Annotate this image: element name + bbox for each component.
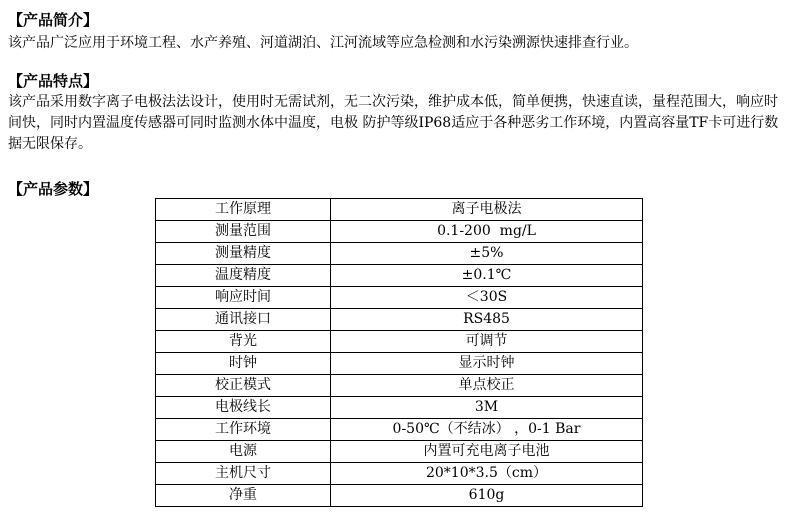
param-value: 内置可充电离子电池: [331, 441, 643, 463]
table-row: 主机尺寸 20*10*3.5（cm）: [156, 463, 643, 485]
param-label: 通讯接口: [156, 309, 331, 331]
param-label: 背光: [156, 331, 331, 353]
table-row: 工作原理 离子电极法: [156, 199, 643, 221]
param-value: ±5%: [331, 243, 643, 265]
table-row: 电极线长 3M: [156, 397, 643, 419]
param-label: 校正模式: [156, 375, 331, 397]
table-row: 测量精度 ±5%: [156, 243, 643, 265]
param-label: 净重: [156, 485, 331, 507]
param-value: 0.1-200 mg/L: [331, 221, 643, 243]
product-document: 【产品简介】 该产品广泛应用于环境工程、水产养殖、河道湖泊、江河流域等应急检测和…: [0, 0, 800, 523]
param-label: 主机尺寸: [156, 463, 331, 485]
table-row: 温度精度 ±0.1℃: [156, 265, 643, 287]
features-paragraph: 该产品采用数字离子电极法法设计，使用时无需试剂，无二次污染，维护成本低，简单便携…: [8, 92, 790, 155]
table-row: 通讯接口 RS485: [156, 309, 643, 331]
section-heading-params: 【产品参数】: [8, 181, 792, 197]
param-value: 离子电极法: [331, 199, 643, 221]
table-row: 电源 内置可充电离子电池: [156, 441, 643, 463]
param-label: 时钟: [156, 353, 331, 375]
param-label: 温度精度: [156, 265, 331, 287]
param-label: 测量范围: [156, 221, 331, 243]
param-value: 显示时钟: [331, 353, 643, 375]
section-heading-intro: 【产品简介】: [8, 12, 792, 28]
param-value: 3M: [331, 397, 643, 419]
table-row: 时钟 显示时钟: [156, 353, 643, 375]
param-value: 可调节: [331, 331, 643, 353]
param-label: 工作环境: [156, 419, 331, 441]
param-value: 20*10*3.5（cm）: [331, 463, 643, 485]
param-value: 610g: [331, 485, 643, 507]
table-row: 响应时间 ＜30S: [156, 287, 643, 309]
section-heading-features: 【产品特点】: [8, 73, 792, 89]
intro-paragraph: 该产品广泛应用于环境工程、水产养殖、河道湖泊、江河流域等应急检测和水污染溯源快速…: [8, 33, 790, 53]
param-label: 测量精度: [156, 243, 331, 265]
table-row: 测量范围 0.1-200 mg/L: [156, 221, 643, 243]
table-row: 工作环境 0-50℃（不结冰） ，0-1 Bar: [156, 419, 643, 441]
params-table: 工作原理 离子电极法 测量范围 0.1-200 mg/L 测量精度 ±5% 温度…: [155, 198, 643, 507]
param-value: ±0.1℃: [331, 265, 643, 287]
param-value: RS485: [331, 309, 643, 331]
table-row: 校正模式 单点校正: [156, 375, 643, 397]
table-row: 背光 可调节: [156, 331, 643, 353]
param-label: 工作原理: [156, 199, 331, 221]
param-label: 电极线长: [156, 397, 331, 419]
param-value: ＜30S: [331, 287, 643, 309]
param-label: 电源: [156, 441, 331, 463]
param-value: 单点校正: [331, 375, 643, 397]
param-value: 0-50℃（不结冰） ，0-1 Bar: [331, 419, 643, 441]
table-row: 净重 610g: [156, 485, 643, 507]
param-label: 响应时间: [156, 287, 331, 309]
